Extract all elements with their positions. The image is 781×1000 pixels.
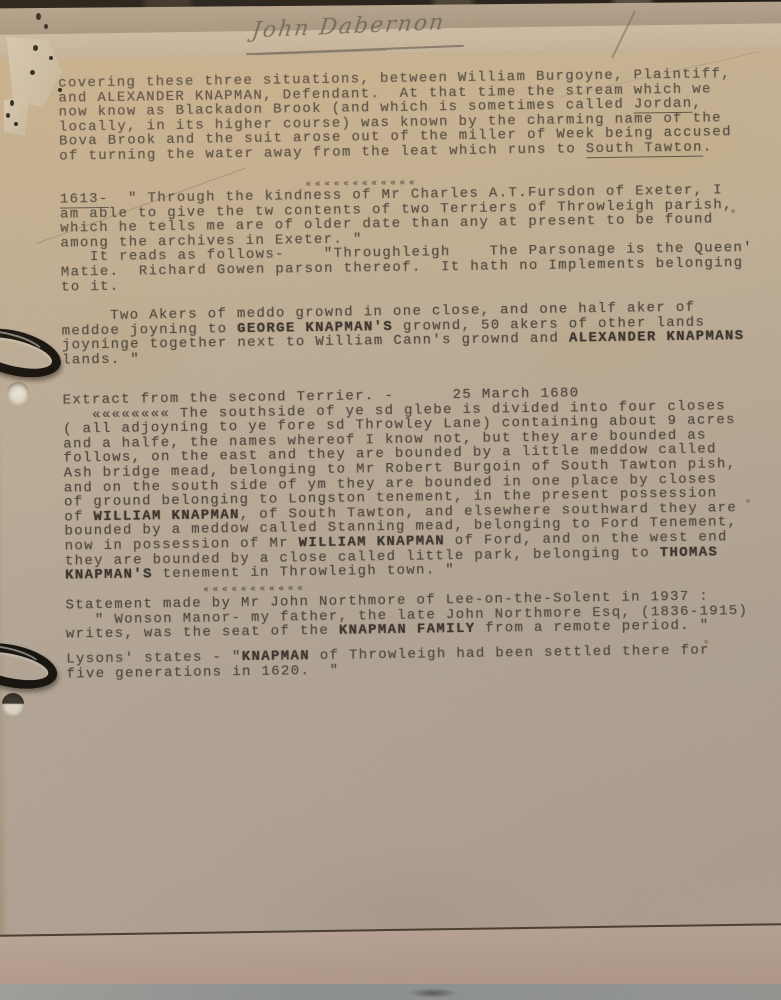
typewritten-paragraph: Statement made by Mr John Northmore of L… xyxy=(65,589,748,642)
typewritten-paragraph: Extract from the second Terrier. - 25 Ma… xyxy=(63,384,738,583)
table-smudge xyxy=(408,988,458,998)
ink-speck xyxy=(33,45,38,51)
ink-speck xyxy=(30,70,35,75)
table-surface xyxy=(0,984,781,1000)
typewritten-paragraph: covering these three situations, between… xyxy=(58,67,732,164)
typewritten-text: covering these three situations, between… xyxy=(58,49,781,939)
ink-speck xyxy=(10,100,14,106)
photograph-of-binder-page: covering these three situations, between… xyxy=(0,0,781,1000)
ink-speck xyxy=(58,88,62,92)
ink-speck xyxy=(6,113,10,118)
punched-hole xyxy=(2,693,24,715)
typewritten-paragraph: Two Akers of meddo grownd in one close, … xyxy=(61,300,744,368)
ink-speck xyxy=(44,24,48,29)
ink-speck xyxy=(36,13,41,20)
typewritten-paragraph: 1613- " Through the kindness of Mr Charl… xyxy=(60,183,754,295)
page-left-edge xyxy=(0,59,9,939)
ink-speck xyxy=(14,122,18,126)
punched-hole xyxy=(7,382,29,404)
ink-speck xyxy=(49,56,53,60)
document-page: covering these three situations, between… xyxy=(0,48,781,939)
typewritten-paragraph: Lysons' states - "KNAPMAN of Throwleigh … xyxy=(66,644,710,682)
